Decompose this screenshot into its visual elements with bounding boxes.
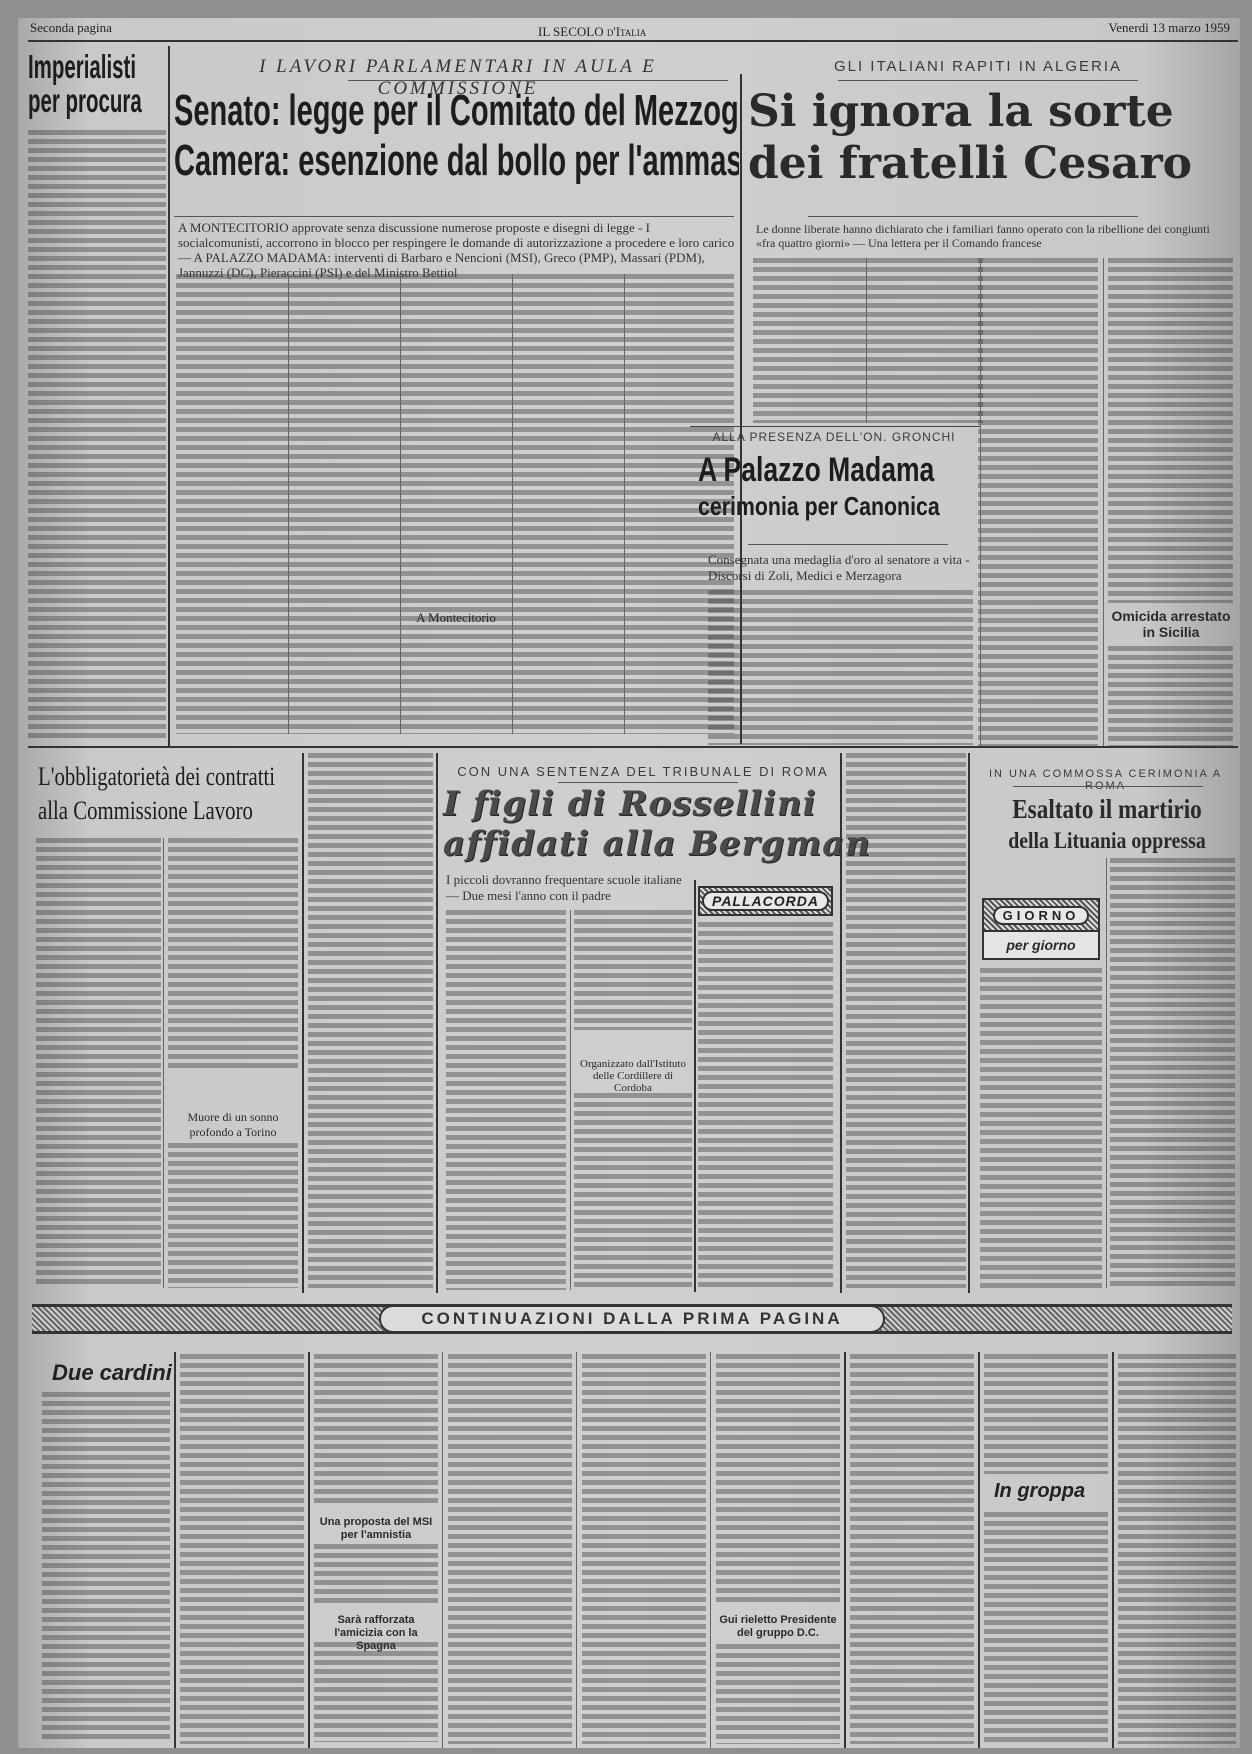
article-omicida-headline: Omicida arrestato in Sicilia xyxy=(1106,608,1236,640)
column-rule xyxy=(1106,858,1107,1288)
article-body xyxy=(716,1354,840,1604)
column-rule xyxy=(436,753,438,1293)
article-body xyxy=(36,838,161,1288)
column-rule xyxy=(840,753,842,1293)
pallacorda-logo: PALLACORDA xyxy=(698,886,833,916)
article-body xyxy=(1110,858,1235,1288)
folio-left: Seconda pagina xyxy=(30,20,112,36)
logo-text: PALLACORDA xyxy=(702,891,829,911)
article-imperialisti: Imperialisti per procura xyxy=(28,50,168,118)
deck: I piccoli dovranno frequentare scuole it… xyxy=(446,872,696,904)
kicker-underline xyxy=(1013,786,1203,787)
article-body xyxy=(753,258,983,423)
continuation-in-groppa: In groppa xyxy=(994,1480,1085,1503)
article-palazzo-madama-headline: A Palazzo Madama cerimonia per Canonica xyxy=(698,450,978,522)
column-rule xyxy=(576,1352,577,1748)
article-body xyxy=(314,1354,438,1504)
kicker: CON UNA SENTENZA DEL TRIBUNALE DI ROMA xyxy=(438,764,848,779)
article-body xyxy=(176,274,734,734)
subhead: Muore di un sonno profondo a Torino xyxy=(168,1110,298,1140)
article-body xyxy=(28,130,166,740)
kicker: ALLA PRESENZA DELL'ON. GRONCHI xyxy=(694,430,974,444)
kicker: IN UNA COMMOSSA CERIMONIA A ROMA xyxy=(973,768,1238,792)
headline: alla Commissione Lavoro xyxy=(38,794,254,828)
article-body xyxy=(1118,1354,1236,1744)
headline: della Lituania oppressa xyxy=(994,826,1219,856)
continuation-presidente-dc: Gui rieletto Presidente del gruppo D.C. xyxy=(716,1614,840,1640)
column-rule xyxy=(442,1352,443,1748)
article-body xyxy=(698,922,833,1287)
article-body xyxy=(708,590,973,745)
kicker: GLI ITALIANI RAPITI IN ALGERIA xyxy=(748,58,1208,75)
article-body xyxy=(1108,258,1233,603)
column-rule xyxy=(968,753,970,1293)
headline: affidati alla Bergman xyxy=(443,824,848,864)
headline: dei fratelli Cesaro xyxy=(748,138,1238,190)
article-body xyxy=(582,1354,706,1744)
column-rule xyxy=(163,838,164,1288)
column-rule xyxy=(1103,258,1104,748)
folio-rule xyxy=(28,40,1238,42)
column-rule xyxy=(866,258,867,423)
column-rule xyxy=(168,46,170,746)
headline: Senato: legge per il Comitato del Mezzog… xyxy=(174,86,547,136)
column-rule xyxy=(978,1352,980,1748)
logo-text: GIORNO xyxy=(993,906,1090,925)
article-body xyxy=(168,838,298,1068)
logo-text: per giorno xyxy=(984,930,1098,958)
kicker-underline xyxy=(838,80,1138,81)
article-body xyxy=(1108,646,1233,746)
article-contratti-headline: L'obbligatorietà dei contratti alla Comm… xyxy=(38,760,308,828)
headline: Esaltato il martirio xyxy=(994,792,1219,826)
headline-rule xyxy=(174,216,734,217)
article-body xyxy=(574,910,692,1030)
article-body xyxy=(574,1093,692,1288)
column-rule xyxy=(844,1352,846,1748)
headline: cerimonia per Canonica xyxy=(698,490,928,522)
subhead: Organizzato dall'Istituto delle Cordille… xyxy=(574,1058,692,1094)
folio-date: Venerdì 13 marzo 1959 xyxy=(1108,20,1230,36)
headline: Si ignora la sorte xyxy=(748,86,1238,138)
logo-top: GIORNO xyxy=(984,900,1098,930)
article-algeria-headline: Si ignora la sorte dei fratelli Cesaro xyxy=(748,86,1238,190)
column-rule xyxy=(288,274,289,734)
continuazioni-banner: CONTINUAZIONI DALLA PRIMA PAGINA xyxy=(32,1304,1232,1334)
article-body xyxy=(168,1143,298,1288)
headline: A Palazzo Madama xyxy=(698,450,916,490)
headline: per procura xyxy=(28,84,115,118)
article-body xyxy=(446,910,566,1290)
headline: L'obbligatorietà dei contratti xyxy=(38,760,254,794)
column-rule xyxy=(174,1352,176,1748)
column-rule xyxy=(624,274,625,734)
folio-masthead: IL SECOLO d'Italia xyxy=(538,24,646,40)
headline: Camera: esenzione dal bollo per l'ammass… xyxy=(174,136,547,186)
subhead: A Montecitorio xyxy=(402,610,510,626)
column-rule xyxy=(710,1352,711,1748)
article-lituania-headline: Esaltato il martirio della Lituania oppr… xyxy=(976,792,1238,856)
kicker-underline xyxy=(558,782,738,783)
deck: A MONTECITORIO approvate senza discussio… xyxy=(178,220,738,280)
headline-rule xyxy=(748,544,948,545)
column-rule xyxy=(400,274,401,734)
article-body xyxy=(308,753,433,1288)
column-rule xyxy=(512,274,513,734)
article-body xyxy=(984,1512,1108,1742)
headline: Imperialisti xyxy=(28,50,115,84)
headline-rule xyxy=(808,216,1138,217)
column-rule xyxy=(570,910,571,1290)
article-body xyxy=(180,1354,304,1744)
kicker-underline xyxy=(348,80,728,81)
deck: Le donne liberate hanno dichiarato che i… xyxy=(756,222,1226,250)
article-body xyxy=(846,753,966,1288)
column-rule xyxy=(1112,1352,1114,1748)
article-body xyxy=(978,258,1098,748)
column-rule xyxy=(980,258,981,748)
article-parlamento-headline: Senato: legge per il Comitato del Mezzog… xyxy=(174,86,739,186)
continuation-proposta-msi: Una proposta del MSI per l'amnistia xyxy=(314,1516,438,1542)
article-body xyxy=(716,1644,840,1744)
giorno-per-giorno-logo: GIORNO per giorno xyxy=(982,898,1100,960)
article-rossellini-headline: I figli di Rossellini affidati alla Berg… xyxy=(443,784,848,864)
column-rule xyxy=(308,1352,310,1748)
continuation-due-cardini: Due cardini xyxy=(52,1360,172,1386)
column-rule xyxy=(694,880,696,1292)
article-body xyxy=(980,968,1102,1288)
column-rule xyxy=(302,753,304,1293)
headline: I figli di Rossellini xyxy=(443,784,848,824)
article-body xyxy=(850,1354,974,1744)
newspaper-page: Seconda pagina IL SECOLO d'Italia Venerd… xyxy=(18,18,1240,1748)
article-body xyxy=(314,1642,438,1742)
article-body xyxy=(448,1354,572,1744)
section-rule xyxy=(28,746,1238,748)
article-body xyxy=(42,1392,170,1742)
section-rule xyxy=(690,426,980,427)
deck: Consegnata una medaglia d'oro al senator… xyxy=(708,552,973,584)
banner-text: CONTINUAZIONI DALLA PRIMA PAGINA xyxy=(379,1305,884,1333)
article-body xyxy=(314,1544,438,1604)
article-body xyxy=(984,1354,1108,1474)
